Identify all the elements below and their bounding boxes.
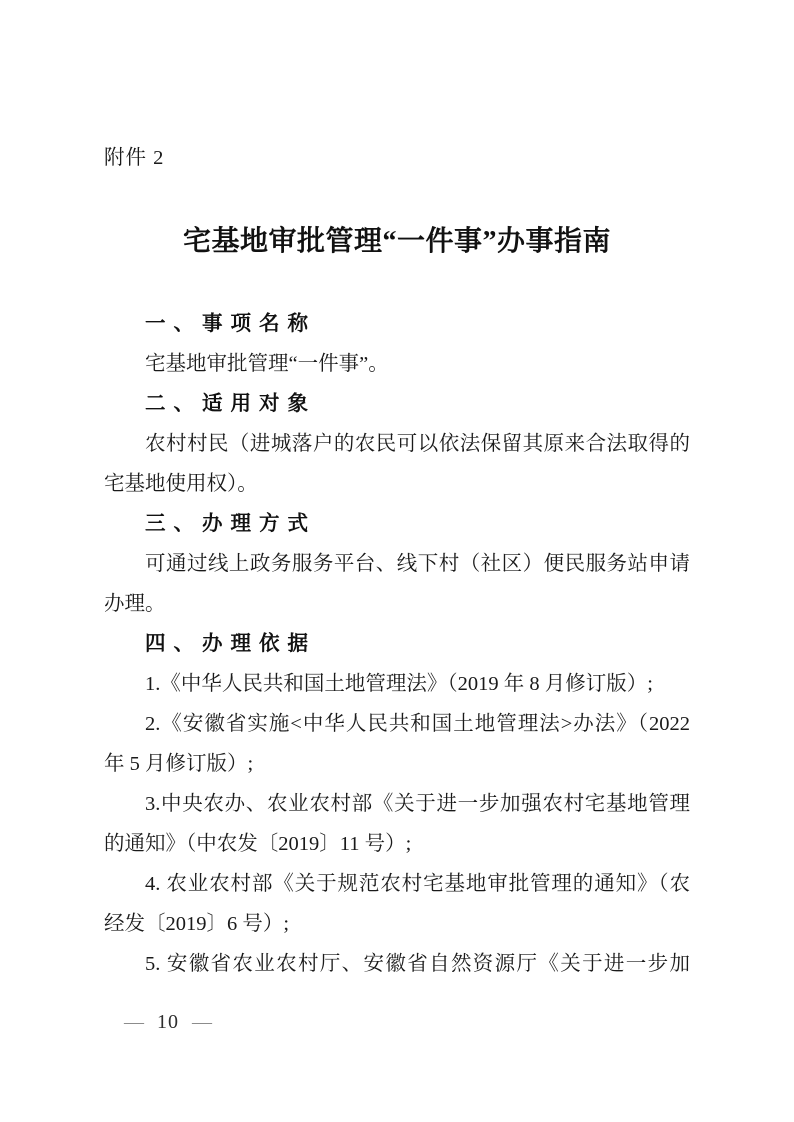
text-line: 2.《安徽省实施<中华人民共和国土地管理法>办法》（2022 <box>104 704 690 744</box>
text-line: 可通过线上政务服务平台、线下村（社区）便民服务站申请 <box>104 544 690 584</box>
text-line: 年 5 月修订版）; <box>104 744 690 784</box>
attachment-label: 附件 2 <box>104 144 164 172</box>
text-line: 宅基地审批管理“一件事”。 <box>104 344 690 384</box>
footer-dash-right: — <box>192 1008 212 1036</box>
section-heading: 一、事项名称 <box>104 304 690 344</box>
text-line: 经发〔2019〕6 号）; <box>104 904 690 944</box>
text-line: 1.《中华人民共和国土地管理法》（2019 年 8 月修订版）; <box>104 664 690 704</box>
document-page: 附件 2 宅基地审批管理“一件事”办事指南 一、事项名称宅基地审批管理“一件事”… <box>0 0 794 1122</box>
text-line: 5. 安徽省农业农村厅、安徽省自然资源厅《关于进一步加 <box>104 944 690 984</box>
text-line: 农村村民（进城落户的农民可以依法保留其原来合法取得的 <box>104 424 690 464</box>
text-line: 办理。 <box>104 584 690 624</box>
document-title: 宅基地审批管理“一件事”办事指南 <box>0 222 794 262</box>
text-line: 宅基地使用权）。 <box>104 464 690 504</box>
text-line: 的通知》（中农发〔2019〕11 号）; <box>104 824 690 864</box>
section-heading: 四、办理依据 <box>104 624 690 664</box>
page-number: 10 <box>157 1008 179 1036</box>
footer-dash-left: — <box>124 1008 144 1036</box>
text-line: 3.中央农办、农业农村部《关于进一步加强农村宅基地管理 <box>104 784 690 824</box>
section-heading: 三、办理方式 <box>104 504 690 544</box>
page-footer: — 10 — <box>124 1008 212 1036</box>
text-line: 4. 农业农村部《关于规范农村宅基地审批管理的通知》（农 <box>104 864 690 904</box>
document-body: 一、事项名称宅基地审批管理“一件事”。二、适用对象农村村民（进城落户的农民可以依… <box>104 304 690 984</box>
section-heading: 二、适用对象 <box>104 384 690 424</box>
